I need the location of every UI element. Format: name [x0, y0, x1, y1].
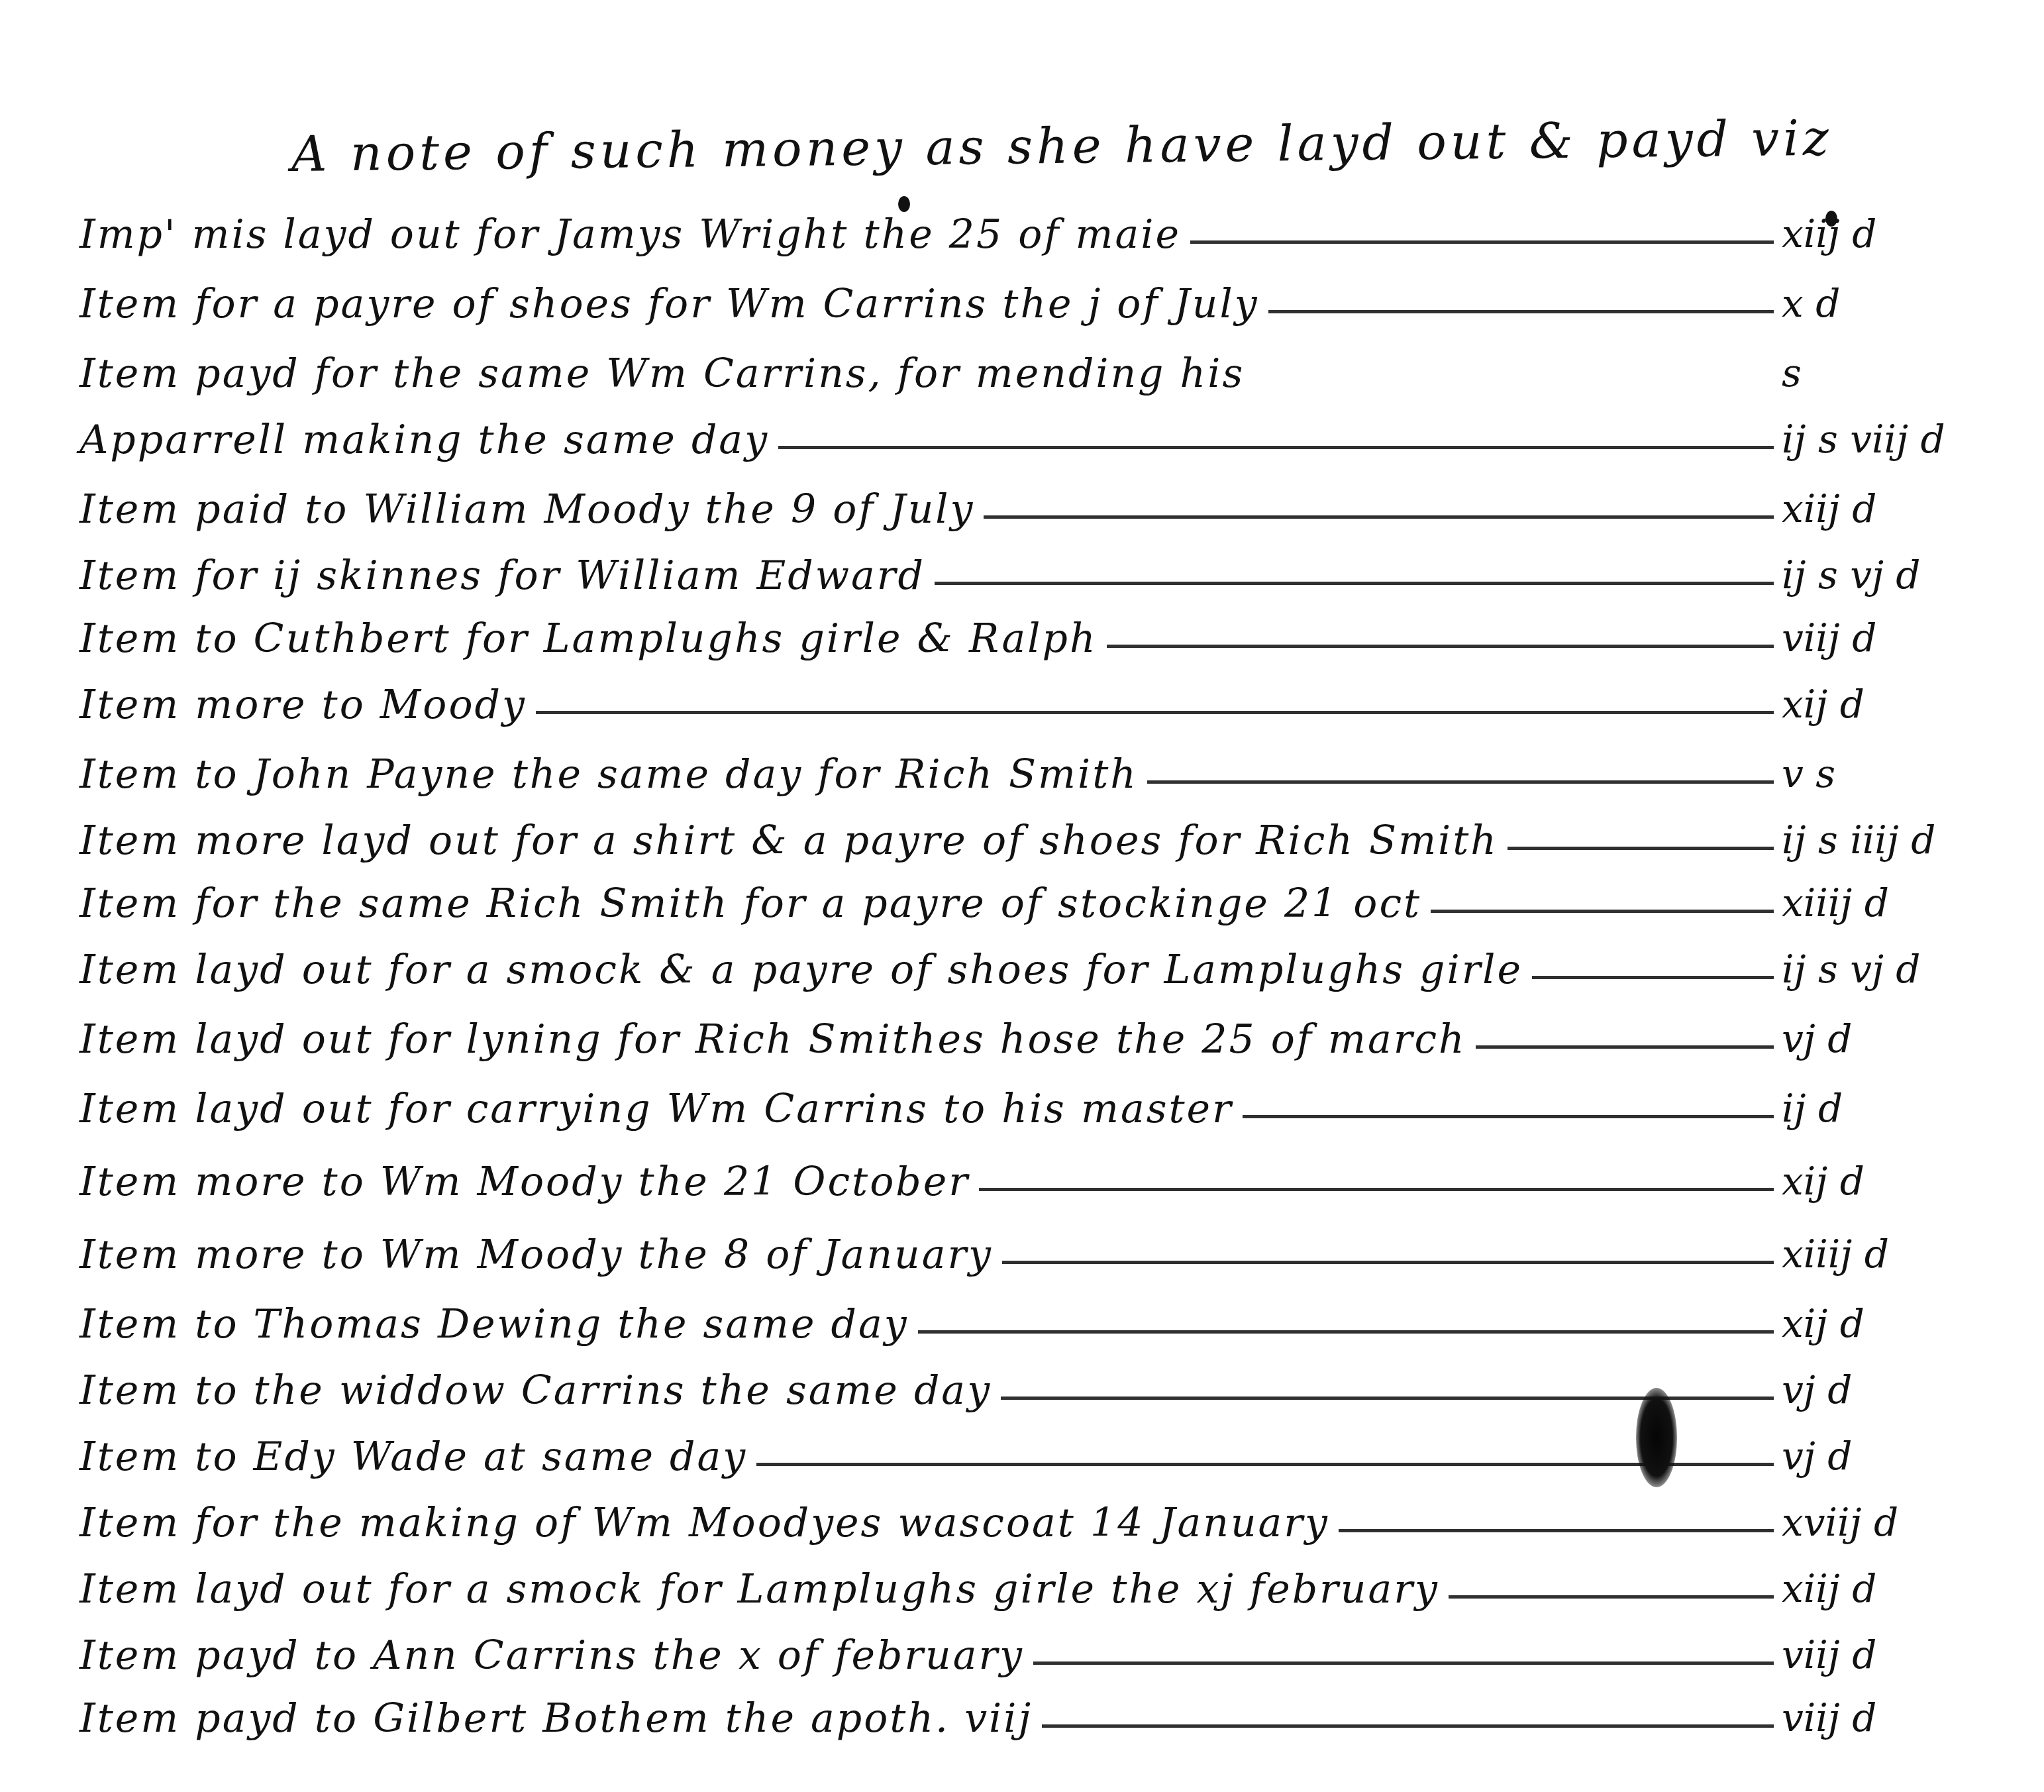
entry-text: Item to John Payne the same day for Rich…: [79, 755, 1138, 798]
entry-amount: xiij d: [1782, 490, 1921, 533]
entry-amount: xij d: [1782, 1304, 1921, 1348]
account-entry: Item more to Wm Moody the 21 October xij…: [79, 1139, 1921, 1206]
leader-line: [918, 1330, 1774, 1334]
entry-text: Item more to Moody: [79, 685, 527, 729]
entry-text: Imp' mis layd out for Jamys Wright the 2…: [79, 215, 1181, 258]
entry-text: Item paid to William Moody the 9 of July: [79, 490, 974, 533]
account-entry: Item more layd out for a shirt & a payre…: [79, 798, 1921, 865]
entry-text: Apparrell making the same day: [79, 420, 769, 464]
leader-line: [1254, 380, 1774, 383]
account-entry: Item more to Moody xij d: [79, 662, 1921, 729]
entry-amount: vj d: [1782, 1020, 1921, 1063]
manuscript-page: A note of such money as she have layd ou…: [0, 0, 2044, 1792]
entry-amount: xiij d: [1782, 215, 1921, 258]
entry-amount: viij d: [1782, 1636, 1921, 1679]
account-entry: Item paid to William Moody the 9 of July…: [79, 467, 1921, 533]
leader-line: [1033, 1661, 1774, 1665]
entry-text: Item to Thomas Dewing the same day: [79, 1304, 909, 1348]
account-entry: Item layd out for a smock & a payre of s…: [79, 927, 1921, 994]
entry-amount: viij d: [1782, 1699, 1921, 1742]
account-entry: Item for the same Rich Smith for a payre…: [79, 861, 1921, 927]
entry-amount: xiiij d: [1782, 1235, 1921, 1279]
leader-line: [1243, 1115, 1774, 1118]
leader-line: [1339, 1529, 1774, 1532]
entry-text: Item for ij skinnes for William Edward: [79, 556, 925, 600]
ink-blot: [1636, 1388, 1677, 1487]
leader-line: [756, 1463, 1774, 1466]
account-entry: Item to John Payne the same day for Rich…: [79, 732, 1921, 798]
leader-line: [979, 1188, 1774, 1191]
entry-text: Item to the widdow Carrins the same day: [79, 1371, 992, 1414]
entry-text: Item to Edy Wade at same day: [79, 1437, 747, 1481]
account-entry: Apparrell making the same day ij s viij …: [79, 397, 1921, 464]
entry-amount: ij s vj d: [1782, 556, 1921, 600]
account-entry: Item layd out for lyning for Rich Smithe…: [79, 997, 1921, 1063]
leader-line: [778, 446, 1774, 449]
account-entry: Item to Thomas Dewing the same day xij d: [79, 1282, 1921, 1348]
leader-line: [1190, 240, 1774, 244]
entry-text: Item more to Wm Moody the 8 of January: [79, 1235, 993, 1279]
leader-line: [1268, 310, 1774, 313]
entry-text: Item layd out for a smock for Lamplughs …: [79, 1569, 1439, 1613]
entry-text: Item for the making of Wm Moodyes wascoa…: [79, 1503, 1329, 1547]
account-entry: Item for ij skinnes for William Edward i…: [79, 533, 1921, 600]
entry-amount: vj d: [1782, 1371, 1921, 1414]
leader-line: [1002, 1261, 1774, 1264]
entry-amount: v s: [1782, 755, 1921, 798]
entry-text: Item payd to Gilbert Bothem the apoth. v…: [79, 1699, 1033, 1742]
account-entry: Item payd for the same Wm Carrins, for m…: [79, 331, 1921, 397]
leader-line: [1507, 847, 1774, 850]
account-entry: Item layd out for a smock for Lamplughs …: [79, 1547, 1921, 1613]
leader-line: [1532, 976, 1774, 979]
entry-amount: xij d: [1782, 1162, 1921, 1206]
leader-line: [1449, 1595, 1774, 1599]
entry-amount: ij s viij d: [1782, 420, 1921, 464]
entry-text: Item more to Wm Moody the 21 October: [79, 1162, 970, 1206]
account-entry: Imp' mis layd out for Jamys Wright the 2…: [79, 192, 1921, 258]
entry-text: Item layd out for a smock & a payre of s…: [79, 950, 1523, 994]
entry-amount: ij s iiij d: [1782, 821, 1921, 865]
entry-text: Item for the same Rich Smith for a payre…: [79, 884, 1421, 927]
entry-amount: s: [1782, 354, 1921, 397]
entry-text: Item layd out for lyning for Rich Smithe…: [79, 1020, 1466, 1063]
leader-line: [1042, 1724, 1774, 1728]
entry-amount: ij d: [1782, 1089, 1921, 1133]
leader-line: [1107, 645, 1774, 648]
leader-line: [1476, 1045, 1774, 1049]
entry-amount: xij d: [1782, 685, 1921, 729]
leader-line: [1147, 780, 1774, 784]
entry-amount: ij s vj d: [1782, 950, 1921, 994]
account-entry: Item layd out for carrying Wm Carrins to…: [79, 1067, 1921, 1133]
account-entry: Item more to Wm Moody the 8 of January x…: [79, 1212, 1921, 1279]
leader-line: [984, 515, 1774, 519]
leader-line: [1431, 910, 1774, 913]
leader-line: [536, 711, 1774, 714]
entry-text: Item layd out for carrying Wm Carrins to…: [79, 1089, 1233, 1133]
entry-amount: xiij d: [1782, 1569, 1921, 1613]
entry-amount: xviij d: [1782, 1503, 1921, 1547]
account-entry: Item for a payre of shoes for Wm Carrins…: [79, 262, 1921, 328]
entry-text: Item to Cuthbert for Lamplughs girle & R…: [79, 619, 1098, 662]
account-entry: Item payd to Ann Carrins the x of februa…: [79, 1613, 1921, 1679]
entry-text: Item payd to Ann Carrins the x of februa…: [79, 1636, 1024, 1679]
document-title: A note of such money as she have layd ou…: [291, 109, 1915, 183]
entry-amount: viij d: [1782, 619, 1921, 662]
entry-text: Item payd for the same Wm Carrins, for m…: [79, 354, 1245, 397]
entry-text: Item more layd out for a shirt & a payre…: [79, 821, 1498, 865]
entry-text: Item for a payre of shoes for Wm Carrins…: [79, 284, 1259, 328]
account-entry: Item payd to Gilbert Bothem the apoth. v…: [79, 1676, 1921, 1742]
entry-amount: xiiij d: [1782, 884, 1921, 927]
account-entry: Item for the making of Wm Moodyes wascoa…: [79, 1481, 1921, 1547]
entry-amount: vj d: [1782, 1437, 1921, 1481]
leader-line: [935, 582, 1774, 585]
account-entry: Item to Cuthbert for Lamplughs girle & R…: [79, 596, 1921, 662]
entry-amount: x d: [1782, 284, 1921, 328]
